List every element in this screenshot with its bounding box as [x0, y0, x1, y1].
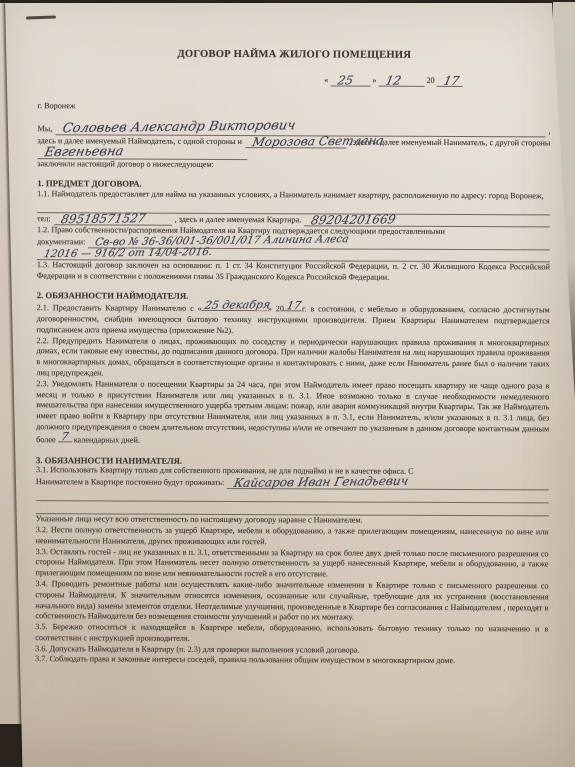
clause-1-3: 1.3. Настоящий договор заключен на основ…: [37, 260, 550, 284]
clause-1-1: 1.1. Наймодатель предоставляет для найма…: [37, 189, 550, 202]
occupants-line: Нанимателем в Квартире постоянно будут п…: [36, 476, 549, 490]
clause-2-3-pre: 2.3. Уведомлять Нанимателя о посещении К…: [36, 379, 549, 444]
documents-label: документами:: [37, 237, 86, 248]
clause-3-7: 3.7. Соблюдать права и законные интересы…: [35, 655, 548, 668]
tenant-patronymic-field: Евгеньевна: [37, 147, 247, 160]
date-year-field: 17: [437, 75, 463, 87]
clause-3-3: 3.3. Оставлять гостей - лиц не указанных…: [35, 547, 548, 582]
intro-closing: заключили настоящий договор о нижеследую…: [37, 159, 550, 172]
clause-2-3-post: календарных дней.: [72, 435, 140, 444]
clause-2-3: 2.3. Уведомлять Нанимателя о посещении К…: [36, 379, 549, 448]
intro-trailing-comma: ,: [548, 126, 550, 137]
handwritten-landlord-name: Соловьев Александр Викторович: [61, 121, 296, 135]
clause-2-2: 2.2. Предупредить Нанимателя о лицах, пр…: [36, 336, 549, 381]
occupants-field: Кайсаров Иван Генадьевич: [227, 477, 549, 490]
handwritten-move-in-date: 25 декабря: [204, 300, 272, 312]
intro-line-3: Евгеньевна: [37, 147, 550, 161]
contract-paper: ДОГОВОР НАЙМА ЖИЛОГО ПОМЕЩЕНИЯ « 25 » 12…: [0, 3, 575, 767]
handwritten-document-ref-2: 12016 — 916/2 от 14/04-2016.: [43, 247, 213, 260]
paper-shadow-wrap: ДОГОВОР НАЙМА ЖИЛОГО ПОМЕЩЕНИЯ « 25 » 12…: [0, 3, 575, 767]
date-open-quote: «: [324, 75, 328, 86]
clause-2-1-pre: 2.1. Предоставить Квартиру Нанимателю с …: [37, 303, 202, 313]
documents-line-2: 12016 — 916/2 от 14/04-2016.: [37, 248, 550, 262]
move-in-date-field: 25 декабря: [202, 302, 268, 311]
we-label: Мы,: [37, 124, 52, 135]
handwritten-tenant-name: Морозова Светлана: [251, 135, 384, 147]
absence-days-field: 7: [58, 433, 72, 442]
tenant-name-field: Морозова Светлана: [245, 136, 346, 148]
documents-field-2: 12016 — 916/2 от 14/04-2016.: [37, 248, 550, 262]
clause-2-1-mid: » 20: [268, 304, 284, 313]
handwritten-phone-1: 89518571527: [60, 213, 146, 225]
handwritten-year: 17: [443, 76, 460, 87]
handwritten-tenant-patronymic: Евгеньевна: [43, 147, 124, 159]
handwritten-phone-2: 89204201669: [310, 214, 396, 226]
phone-label: тел:: [37, 214, 51, 225]
clause-2-1: 2.1. Предоставить Квартиру Нанимателю с …: [37, 301, 550, 338]
date-day-field: 25: [330, 74, 370, 86]
handwritten-move-in-year: 17: [286, 301, 302, 312]
apartment-naming-text: , здесь и далее именуемая Квартира.: [175, 215, 302, 226]
handwritten-occupant-name: Кайсаров Иван Генадьевич: [233, 476, 409, 489]
phone-line: тел: 89518571527 , здесь и далее именуем…: [37, 213, 550, 227]
date-month-field: 12: [378, 74, 424, 86]
clause-3-2: 3.2. Нести полную ответственность за уще…: [36, 525, 549, 549]
move-in-year-field: 17: [284, 302, 302, 311]
occupants-label: Нанимателем в Квартире постоянно будут п…: [36, 477, 224, 489]
phone-field-2: 89204201669: [304, 214, 550, 227]
phone-field-1: 89518571527: [54, 213, 172, 226]
clause-3-4: 3.4. Проводить ремонтные работы или осущ…: [35, 579, 548, 624]
contract-date-row: « 25 » 12 20 17: [38, 73, 463, 87]
contract-content: ДОГОВОР НАЙМА ЖИЛОГО ПОМЕЩЕНИЯ « 25 » 12…: [0, 3, 575, 767]
date-close-quote: »: [372, 76, 376, 87]
city-label: г. Воронеж: [38, 101, 551, 114]
document-title: ДОГОВОР НАЙМА ЖИЛОГО ПОМЕЩЕНИЯ: [38, 49, 551, 62]
handwritten-day: 25: [336, 75, 353, 86]
handwritten-absence-days: 7: [60, 432, 69, 443]
photo-background: ДОГОВОР НАЙМА ЖИЛОГО ПОМЕЩЕНИЯ « 25 » 12…: [0, 0, 575, 767]
handwritten-month: 12: [384, 75, 401, 86]
date-century: 20: [426, 76, 434, 87]
clause-3-5: 3.5. Бережно относиться к находящейся в …: [35, 622, 548, 646]
